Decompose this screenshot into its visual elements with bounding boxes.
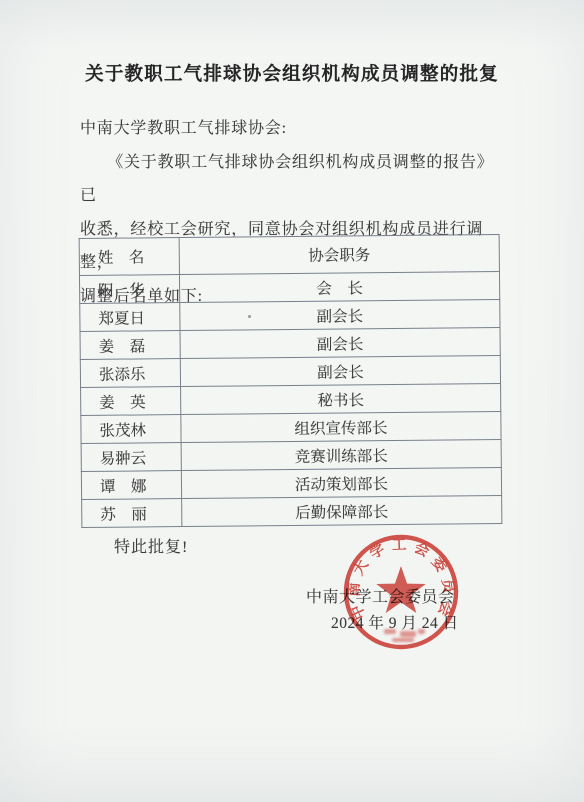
seal-arc-text: 中南大学工会委员会 [344,537,457,622]
member-position: 秘书长 [181,383,501,414]
col-header-position: 协会职务 [179,234,499,274]
table-row: 阳 华会 长 [79,271,499,303]
member-name: 苏 丽 [82,499,182,528]
member-name: 谭 娜 [81,471,181,500]
scan-dot-artifact [248,315,251,318]
member-position: 组织宣传部长 [181,411,501,442]
document-title: 关于教职工气排球协会组织机构成员调整的批复 [0,60,584,86]
member-position: 竞赛训练部长 [181,439,501,470]
member-name: 张茂林 [81,415,181,444]
table-row: 姜 磊副会长 [80,327,500,359]
closing-statement: 特此批复! [114,534,188,557]
signature-date: 2024 年 9 月 24 日 [331,611,459,633]
col-header-name: 姓 名 [79,238,179,276]
table-row: 郑夏日副会长 [80,299,500,331]
table-row: 张茂林组织宣传部长 [81,411,501,443]
member-position: 会 长 [179,271,499,302]
salutation: 中南大学教职工气排球协会: [80,112,504,146]
member-position: 活动策划部长 [181,467,501,498]
member-name: 张添乐 [80,359,180,388]
member-position: 副会长 [180,327,500,358]
member-name: 姜 磊 [80,331,180,360]
signature-org: 中南大学工会委员会 [306,584,455,607]
members-table: 姓 名 协会职务 阳 华会 长郑夏日副会长姜 磊副会长张添乐副会长姜 英秘书长张… [79,234,503,528]
member-name: 姜 英 [81,387,181,416]
table-header-row: 姓 名 协会职务 [79,234,499,275]
body-line-1: 《关于教职工气排球协会组织机构成员调整的报告》已 [80,146,504,213]
document-page: 关于教职工气排球协会组织机构成员调整的批复 中南大学教职工气排球协会: 《关于教… [0,0,584,802]
table-row: 苏 丽后勤保障部长 [82,495,502,527]
member-name: 易翀云 [81,443,181,472]
table-row: 张添乐副会长 [80,355,500,387]
table-row: 易翀云竞赛训练部长 [81,439,501,471]
member-name: 阳 华 [79,275,179,304]
member-position: 副会长 [180,355,500,386]
table-row: 谭 娜活动策划部长 [81,467,501,499]
member-position: 后勤保障部长 [182,495,502,526]
table-row: 姜 英秘书长 [81,383,501,415]
member-name: 郑夏日 [80,303,180,332]
member-position: 副会长 [180,299,500,330]
